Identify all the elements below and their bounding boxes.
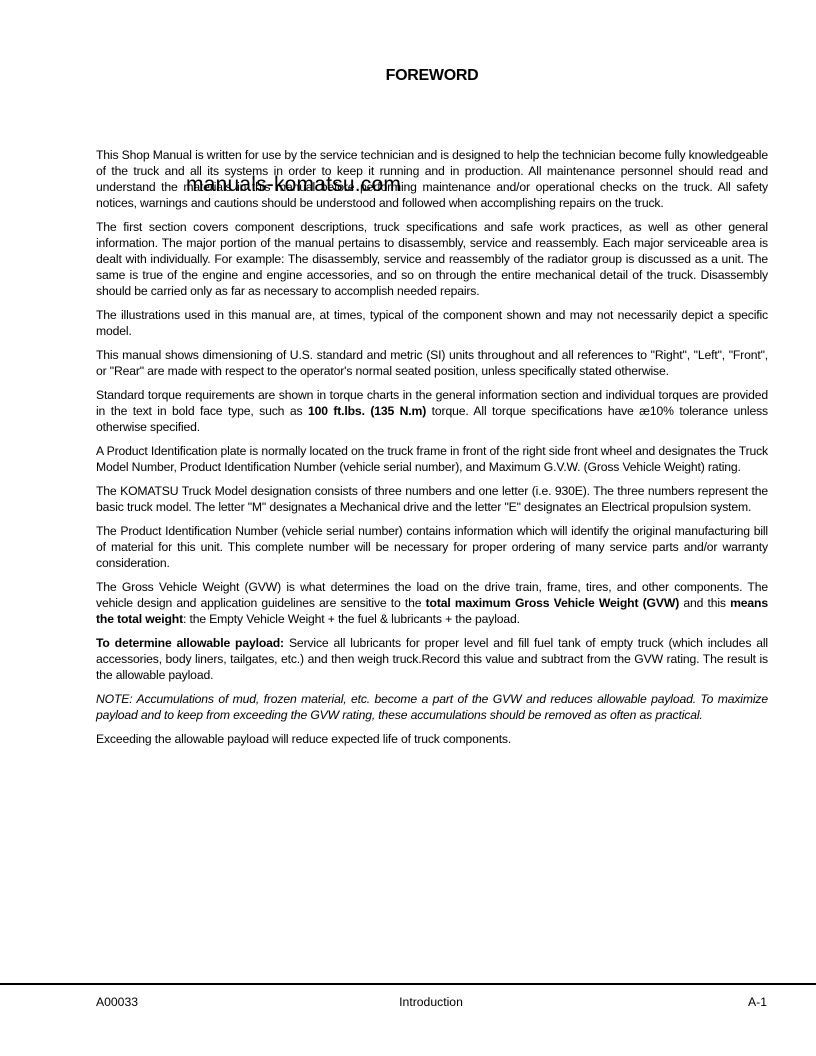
paragraph-sections: The first section covers component descr… [96, 219, 768, 299]
gvw-text-2: and this [679, 596, 730, 610]
footer-page-number: A-1 [748, 995, 767, 1009]
footer-divider [0, 983, 816, 985]
paragraph-model-designation: The KOMATSU Truck Model designation cons… [96, 483, 768, 515]
gvw-text-3: : the Empty Vehicle Weight + the fuel & … [183, 612, 520, 626]
body-text: This Shop Manual is written for use by t… [96, 147, 768, 755]
paragraph-torque: Standard torque requirements are shown i… [96, 387, 768, 435]
gvw-bold-1: total maximum Gross Vehicle Weight (GVW) [426, 596, 679, 610]
paragraph-product-plate: A Product Identification plate is normal… [96, 443, 768, 475]
torque-example-bold: 100 ft.lbs. (135 N.m) [308, 404, 426, 418]
payload-heading-bold: To determine allowable payload: [96, 636, 284, 650]
paragraph-intro: This Shop Manual is written for use by t… [96, 147, 768, 211]
paragraph-allowable-payload: To determine allowable payload: Service … [96, 635, 768, 683]
paragraph-gvw: The Gross Vehicle Weight (GVW) is what d… [96, 579, 768, 627]
paragraph-units: This manual shows dimensioning of U.S. s… [96, 347, 768, 379]
footer-section: Introduction [0, 995, 816, 1009]
paragraph-note: NOTE: Accumulations of mud, frozen mater… [96, 691, 768, 723]
page-footer: A00033 Introduction A-1 [0, 995, 816, 1011]
paragraph-exceeding: Exceeding the allowable payload will red… [96, 731, 768, 747]
paragraph-serial-number: The Product Identification Number (vehic… [96, 523, 768, 571]
paragraph-illustrations: The illustrations used in this manual ar… [96, 307, 768, 339]
page-title: FOREWORD [0, 67, 816, 85]
